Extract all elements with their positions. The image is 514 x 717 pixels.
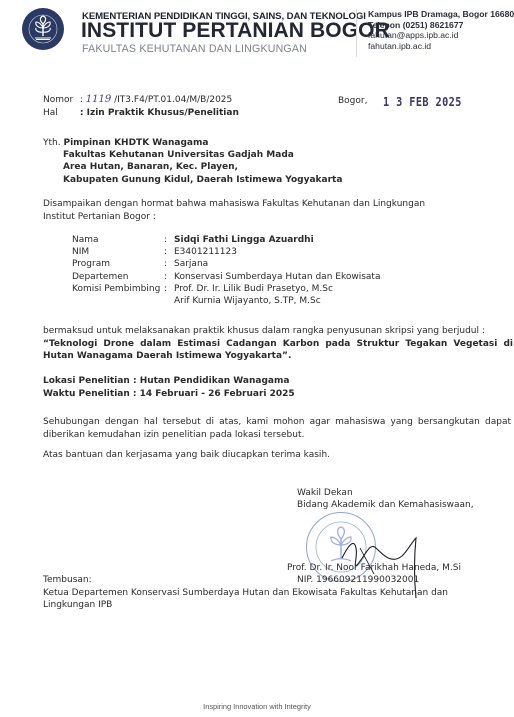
detail-row: Program:Sarjana bbox=[72, 258, 380, 270]
detail-sep: : bbox=[164, 283, 174, 295]
purpose-lead: bermaksud untuk melaksanakan praktik khu… bbox=[43, 325, 513, 338]
detail-row: NIM:E3401211123 bbox=[72, 246, 380, 258]
recipient-line: Kabupaten Gunung Kidul, Daerah Istimewa … bbox=[43, 174, 342, 186]
hal-row: Hal : Izin Praktik Khusus/Penelitian bbox=[43, 107, 239, 120]
detail-value: Sarjana bbox=[174, 259, 208, 269]
student-details: Nama:Sidqi Fathi Lingga Azuardhi NIM:E34… bbox=[72, 234, 380, 307]
detail-value: Prof. Dr. Ir. Lilik Budi Prasetyo, M.Sc bbox=[174, 284, 333, 294]
detail-sep: : bbox=[164, 246, 174, 258]
detail-value: Konservasi Sumberdaya Hutan dan Ekowisat… bbox=[174, 272, 380, 282]
intro-line: Disampaikan dengan hormat bahwa mahasisw… bbox=[43, 198, 425, 211]
detail-sep: : bbox=[164, 234, 174, 246]
recipient-line: Fakultas Kehutanan Universitas Gadjah Ma… bbox=[43, 149, 342, 161]
signatory-position: Wakil Dekan bbox=[297, 487, 474, 499]
hal-value: : Izin Praktik Khusus/Penelitian bbox=[80, 108, 239, 118]
hal-label: Hal bbox=[43, 107, 77, 120]
signatory-name: Prof. Dr. Ir. Noor Farikhah Haneda, M.Si bbox=[287, 562, 461, 574]
purpose-paragraph: bermaksud untuk melaksanakan praktik khu… bbox=[43, 325, 513, 363]
faculty-name: FAKULTAS KEHUTANAN DAN LINGKUNGAN bbox=[82, 43, 307, 55]
letter-place: Bogor, bbox=[338, 96, 367, 106]
signatory-field: Bidang Akademik dan Kemahasiswaan, bbox=[297, 499, 474, 511]
location-label: Lokasi Penelitian bbox=[43, 376, 130, 386]
time-sep: : bbox=[130, 389, 140, 399]
recipient-prefix: Yth. bbox=[43, 138, 61, 148]
contact-block: Kampus IPB Dramaga, Bogor 16680 Telepon … bbox=[368, 9, 514, 51]
recipient-block: Yth. Pimpinan KHDTK Wanagama Fakultas Ke… bbox=[43, 137, 342, 186]
detail-label: Program bbox=[72, 258, 164, 270]
cc-line: Lingkungan IPB bbox=[43, 599, 448, 612]
detail-sep: : bbox=[164, 258, 174, 270]
signatory-title: Wakil Dekan Bidang Akademik dan Kemahasi… bbox=[297, 487, 474, 511]
recipient-line: Pimpinan KHDTK Wanagama bbox=[63, 138, 208, 148]
detail-row: Nama:Sidqi Fathi Lingga Azuardhi bbox=[72, 234, 380, 246]
detail-label: Nama bbox=[72, 234, 164, 246]
intro-line: Institut Pertanian Bogor : bbox=[43, 211, 425, 224]
nomor-sep: : bbox=[80, 95, 83, 105]
time-label: Waktu Penelitian bbox=[43, 389, 130, 399]
thesis-title: “Teknologi Drone dalam Estimasi Cadangan… bbox=[43, 338, 513, 363]
thanks-paragraph: Atas bantuan dan kerjasama yang baik diu… bbox=[43, 450, 330, 460]
contact-address: Kampus IPB Dramaga, Bogor 16680 bbox=[368, 9, 514, 20]
header-divider bbox=[356, 9, 357, 57]
intro-paragraph: Disampaikan dengan hormat bahwa mahasisw… bbox=[43, 198, 425, 223]
cc-block: Tembusan: Ketua Departemen Konservasi Su… bbox=[43, 574, 448, 612]
contact-phone: Telepon (0251) 8621677 bbox=[368, 20, 514, 31]
detail-label: NIM bbox=[72, 246, 164, 258]
cc-label: Tembusan: bbox=[43, 574, 448, 587]
institution-name: INSTITUT PERTANIAN BOGOR bbox=[81, 19, 390, 43]
contact-website[interactable]: fahutan.ipb.ac.id bbox=[368, 41, 514, 52]
letter-meta: Nomor : 1119 /IT3.F4/PT.01.04/M/B/2025 H… bbox=[43, 94, 239, 119]
contact-email[interactable]: fahutan@apps.ipb.ac.id bbox=[368, 30, 514, 41]
nomor-row: Nomor : 1119 /IT3.F4/PT.01.04/M/B/2025 bbox=[43, 94, 239, 107]
recipient-line: Area Hutan, Banaran, Kec. Playen, bbox=[43, 161, 342, 173]
location-sep: : bbox=[130, 376, 140, 386]
supervisor-2: Arif Kurnia Wijayanto, S.TP, M.Sc bbox=[72, 295, 380, 307]
time-value: 14 Februari - 26 Februari 2025 bbox=[140, 389, 295, 399]
detail-label: Komisi Pembimbing bbox=[72, 283, 164, 295]
location-value: Hutan Pendidikan Wanagama bbox=[140, 376, 290, 386]
cc-line: Ketua Departemen Konservasi Sumberdaya H… bbox=[43, 587, 448, 600]
nomor-value: /IT3.F4/PT.01.04/M/B/2025 bbox=[114, 95, 232, 105]
detail-value: E3401211123 bbox=[174, 247, 237, 257]
request-paragraph: Sehubungan dengan hal tersebut di atas, … bbox=[43, 416, 511, 441]
detail-row: Departemen:Konservasi Sumberdaya Hutan d… bbox=[72, 271, 380, 283]
detail-label: Departemen bbox=[72, 271, 164, 283]
ipb-logo-icon bbox=[22, 8, 64, 50]
detail-row: Komisi Pembimbing:Prof. Dr. Ir. Lilik Bu… bbox=[72, 283, 380, 295]
detail-value: Sidqi Fathi Lingga Azuardhi bbox=[174, 235, 314, 245]
nomor-handwritten: 1119 bbox=[86, 94, 111, 105]
detail-sep: : bbox=[164, 271, 174, 283]
footer-tagline: Inspiring Innovation with Integrity bbox=[0, 702, 514, 711]
date-stamp: 1 3 FEB 2025 bbox=[383, 95, 462, 109]
research-details: Lokasi Penelitian : Hutan Pendidikan Wan… bbox=[43, 375, 295, 400]
nomor-label: Nomor bbox=[43, 94, 77, 107]
